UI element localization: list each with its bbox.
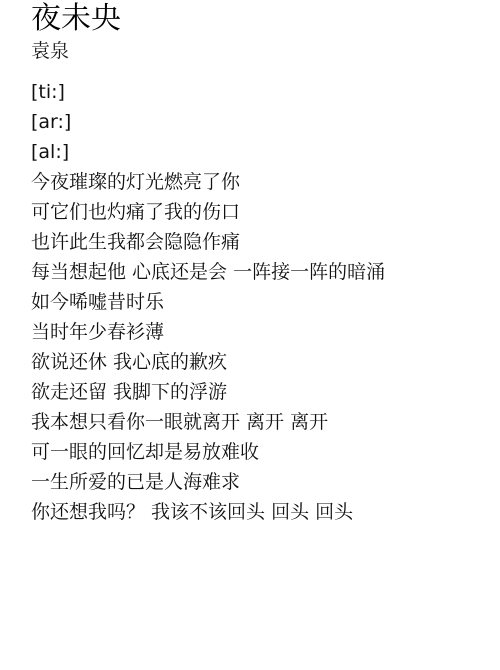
- lyric-line: 当时年少春衫薄: [31, 317, 500, 347]
- lyric-line: 如今唏嘘昔时乐: [31, 287, 500, 317]
- lyric-line: 今夜璀璨的灯光燃亮了你: [31, 167, 500, 197]
- lyric-line: 可它们也灼痛了我的伤口: [31, 197, 500, 227]
- song-title: 夜未央: [31, 0, 500, 38]
- lyric-line: 也许此生我都会隐隐作痛: [31, 227, 500, 257]
- lyric-line: 欲说还休 我心底的歉疚: [31, 347, 500, 377]
- lyric-line: 可一眼的回忆却是易放难收: [31, 437, 500, 467]
- lyric-line: [al:]: [31, 137, 500, 167]
- lyric-line: [ti:]: [31, 77, 500, 107]
- lyric-line: 欲走还留 我脚下的浮游: [31, 377, 500, 407]
- lyric-line: 一生所爱的已是人海难求: [31, 467, 500, 497]
- lyric-line: 每当想起他 心底还是会 一阵接一阵的暗涌: [31, 257, 500, 287]
- song-artist: 袁泉: [31, 38, 500, 64]
- lyrics-list: [ti:] [ar:] [al:] 今夜璀璨的灯光燃亮了你 可它们也灼痛了我的伤…: [31, 77, 500, 527]
- lyric-line: 你还想我吗？ 我该不该回头 回头 回头: [31, 497, 500, 527]
- lyrics-page: 夜未央 袁泉 [ti:] [ar:] [al:] 今夜璀璨的灯光燃亮了你 可它们…: [0, 0, 500, 527]
- lyric-line: [ar:]: [31, 107, 500, 137]
- lyric-line: 我本想只看你一眼就离开 离开 离开: [31, 407, 500, 437]
